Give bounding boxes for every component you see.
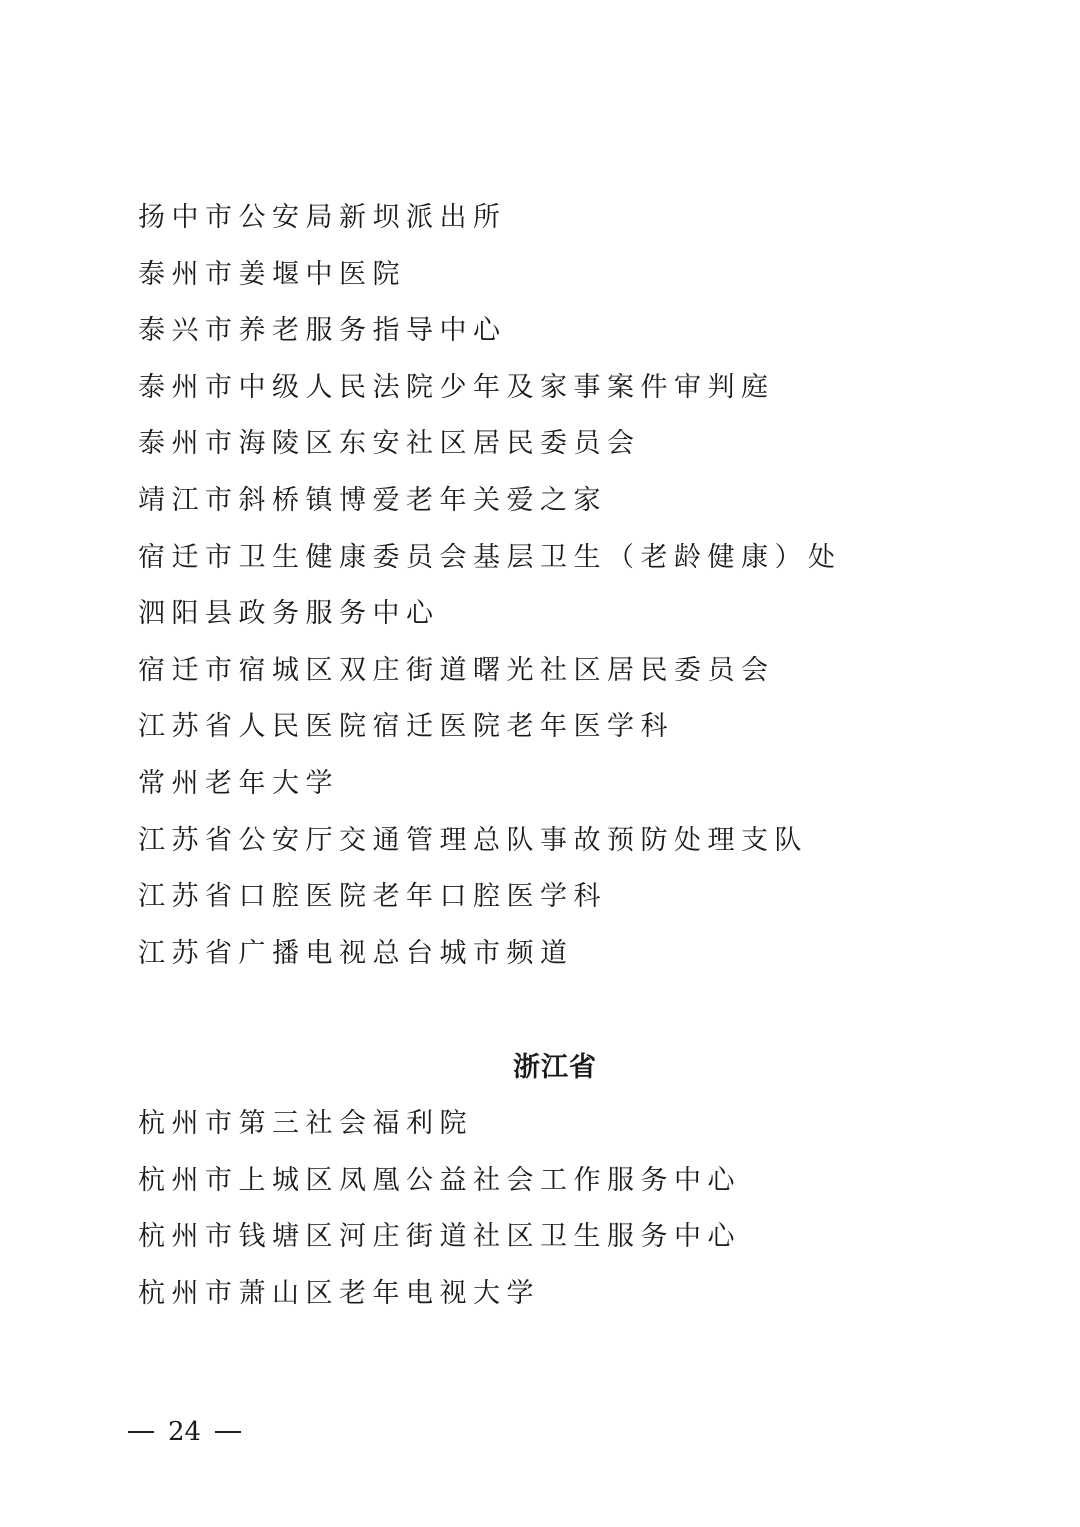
list-item: 泰州市姜堰中医院 [138, 247, 842, 304]
list-item: 宿迁市卫生健康委员会基层卫生（老龄健康）处 [138, 530, 842, 587]
list-item: 靖江市斜桥镇博爱老年关爱之家 [138, 473, 842, 530]
list-item: 江苏省公安厅交通管理总队事故预防处理支队 [138, 813, 842, 870]
page-number-value: 24 [168, 1412, 201, 1452]
list-item: 江苏省人民医院宿迁医院老年医学科 [138, 699, 842, 756]
list-item: 泗阳县政务服务中心 [138, 586, 842, 643]
list-item: 杭州市钱塘区河庄街道社区卫生服务中心 [138, 1209, 741, 1266]
section-heading-zhejiang: 浙江省 [0, 1046, 1080, 1090]
page-number: 24 [128, 1412, 241, 1452]
list-item: 杭州市萧山区老年电视大学 [138, 1266, 741, 1323]
list-item: 宿迁市宿城区双庄街道曙光社区居民委员会 [138, 643, 842, 700]
list-item: 泰兴市养老服务指导中心 [138, 303, 842, 360]
organization-list-zhejiang: 杭州市第三社会福利院 杭州市上城区凤凰公益社会工作服务中心 杭州市钱塘区河庄街道… [138, 1096, 741, 1322]
dash-right [215, 1431, 241, 1433]
list-item: 江苏省口腔医院老年口腔医学科 [138, 869, 842, 926]
list-item: 泰州市中级人民法院少年及家事案件审判庭 [138, 360, 842, 417]
document-page: 扬中市公安局新坝派出所 泰州市姜堰中医院 泰兴市养老服务指导中心 泰州市中级人民… [0, 0, 1080, 1527]
list-item: 江苏省广播电视总台城市频道 [138, 926, 842, 983]
dash-left [128, 1431, 154, 1433]
list-item: 杭州市第三社会福利院 [138, 1096, 741, 1153]
list-item: 常州老年大学 [138, 756, 842, 813]
list-item: 泰州市海陵区东安社区居民委员会 [138, 416, 842, 473]
list-item: 扬中市公安局新坝派出所 [138, 190, 842, 247]
list-item: 杭州市上城区凤凰公益社会工作服务中心 [138, 1153, 741, 1210]
organization-list-jiangsu: 扬中市公安局新坝派出所 泰州市姜堰中医院 泰兴市养老服务指导中心 泰州市中级人民… [138, 190, 842, 982]
